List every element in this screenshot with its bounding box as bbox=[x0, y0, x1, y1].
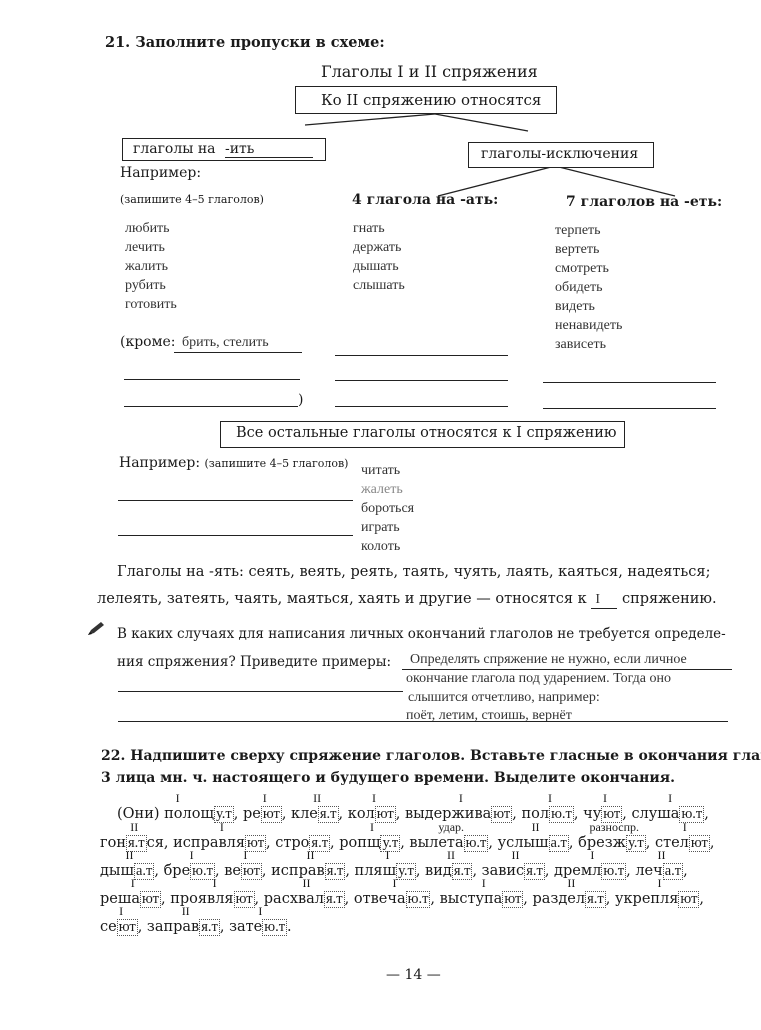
punctuation: ся, bbox=[147, 835, 169, 851]
conjugation-mark[interactable]: I bbox=[176, 792, 180, 804]
verb-item: слушаю.т,I bbox=[631, 806, 708, 823]
it-verbs-box: глаголы на -ить bbox=[122, 138, 326, 161]
verb-stem: се bbox=[100, 919, 117, 935]
verb-ending[interactable]: я.т bbox=[318, 806, 339, 823]
verb-stem: укрепля bbox=[615, 891, 678, 907]
conjugation-mark[interactable]: I bbox=[668, 792, 672, 804]
verb-item: завися.т,II bbox=[482, 863, 550, 880]
punctuation: , bbox=[416, 863, 421, 879]
conjugation-mark[interactable]: I bbox=[603, 792, 607, 804]
et-verbs-header: 7 глаголов на -еть: bbox=[566, 194, 722, 210]
verb-stem: услыш bbox=[498, 835, 549, 851]
conjugation-mark[interactable]: II bbox=[532, 821, 540, 833]
verb-stem: гон bbox=[100, 835, 126, 851]
answer-line[interactable] bbox=[174, 352, 302, 353]
verb-item: сеют,I bbox=[100, 919, 142, 936]
answer-line[interactable] bbox=[118, 535, 353, 536]
i-write-hint: (запишите 4–5 глаголов) bbox=[205, 457, 349, 470]
conjugation-mark[interactable]: II bbox=[125, 849, 133, 861]
verb-item: дремлю.т,I bbox=[554, 863, 631, 880]
verb-item: строя.т, bbox=[275, 835, 334, 852]
list-item: колоть bbox=[361, 537, 414, 556]
list-item: бороться bbox=[361, 499, 414, 518]
i-example-label: Например: (запишите 4–5 глаголов) bbox=[119, 455, 348, 471]
list-item: читать bbox=[361, 461, 414, 480]
verb-ending[interactable]: у.т bbox=[396, 863, 416, 880]
exceptions-box: глаголы-исключения bbox=[468, 142, 654, 168]
verb-item: услыша.т,II bbox=[498, 835, 574, 852]
conjugation-mark[interactable]: I bbox=[459, 792, 463, 804]
verb-ending[interactable]: ю.т bbox=[601, 863, 626, 880]
verb-item: затею.т.I bbox=[229, 919, 292, 936]
conjugation-mark[interactable]: I bbox=[385, 849, 389, 861]
conjugation-mark[interactable]: II bbox=[447, 849, 455, 861]
verb-stem: ве bbox=[224, 863, 241, 879]
verb-item: леча.т,II bbox=[635, 863, 687, 880]
verb-item: исправя.т,II bbox=[271, 863, 350, 880]
punctuation: , bbox=[430, 891, 435, 907]
list-item: играть bbox=[361, 518, 414, 537]
verb-item: реют,I bbox=[243, 806, 286, 823]
write-hint: (запишите 4–5 глаголов) bbox=[120, 193, 264, 206]
verb-stem: пляш bbox=[355, 863, 397, 879]
verb-row: сеют,I заправя.т,II затею.т.I bbox=[100, 919, 292, 936]
verb-ending[interactable]: ют bbox=[245, 835, 266, 852]
conjugation-mark[interactable]: I bbox=[482, 877, 486, 889]
punctuation: , bbox=[345, 891, 350, 907]
list-item: зависеть bbox=[555, 335, 622, 354]
list-item: смотреть bbox=[555, 259, 622, 278]
list-item: лечить bbox=[125, 238, 177, 257]
punctuation: , bbox=[234, 806, 239, 822]
punctuation: , bbox=[626, 863, 631, 879]
verb-item: решают,I bbox=[100, 891, 166, 908]
conjugation-mark[interactable]: II bbox=[512, 849, 520, 861]
verb-item: отвечаю.т,I bbox=[354, 891, 435, 908]
list-item: жалеть bbox=[361, 480, 414, 499]
answer-line[interactable] bbox=[118, 721, 728, 722]
at-verbs-header: 4 глагола на -ать: bbox=[352, 192, 498, 208]
verb-ending[interactable]: ю.т bbox=[262, 919, 287, 936]
verb-note: удар. bbox=[438, 821, 464, 833]
verb-item: укрепляют,I bbox=[615, 891, 704, 908]
punctuation: , bbox=[396, 806, 401, 822]
verb-row: решают,I проявляют,I расхваля.т,II отвеч… bbox=[100, 891, 704, 908]
punctuation: , bbox=[569, 835, 574, 851]
verb-stem: бре bbox=[164, 863, 191, 879]
verb-ending[interactable]: ют bbox=[261, 806, 282, 823]
list-item: вертеть bbox=[555, 240, 622, 259]
verb-item: выступают,I bbox=[440, 891, 528, 908]
i-conjugation-label: Все остальные глаголы относятся к I спря… bbox=[236, 425, 617, 441]
answer-text-line3[interactable]: слышится отчетливо, например: bbox=[408, 690, 600, 706]
verb-stem: завис bbox=[482, 863, 525, 879]
conjugation-mark[interactable]: I bbox=[190, 849, 194, 861]
punctuation: , bbox=[282, 806, 287, 822]
conjugation-mark[interactable]: I bbox=[590, 849, 594, 861]
list-item: дышать bbox=[353, 257, 405, 276]
conjugation-mark[interactable]: II bbox=[313, 792, 321, 804]
list-item: слышать bbox=[353, 276, 405, 295]
at-examples-list: гнать держать дышать слышать bbox=[353, 219, 405, 295]
verb-item: клея.т,II bbox=[291, 806, 343, 823]
conjugation-mark[interactable]: II bbox=[658, 849, 666, 861]
it-verbs-label: глаголы на bbox=[133, 141, 216, 157]
verb-ending[interactable]: ют bbox=[117, 919, 138, 936]
list-item: рубить bbox=[125, 276, 177, 295]
punctuation: , bbox=[488, 835, 493, 851]
verb-stem: стро bbox=[275, 835, 309, 851]
list-item: жалить bbox=[125, 257, 177, 276]
answer-line[interactable] bbox=[124, 379, 300, 380]
answer-line[interactable] bbox=[335, 380, 508, 381]
verb-stem: кле bbox=[291, 806, 318, 822]
verb-ending[interactable]: я.т bbox=[325, 863, 346, 880]
conjugation-mark[interactable]: I bbox=[131, 877, 135, 889]
verb-ending[interactable]: ют bbox=[241, 863, 262, 880]
verb-ending[interactable]: ю.т bbox=[549, 806, 574, 823]
conjugation-mark[interactable]: I bbox=[683, 821, 687, 833]
answer-line[interactable] bbox=[335, 355, 508, 356]
verb-item: заправя.т,II bbox=[147, 919, 225, 936]
page-number: — 14 — bbox=[386, 967, 441, 983]
verb-item: расхваля.т,II bbox=[264, 891, 350, 908]
punctuation: , bbox=[345, 863, 350, 879]
verb-stem: ре bbox=[243, 806, 261, 822]
verb-ending[interactable]: ют bbox=[678, 891, 699, 908]
verb-ending[interactable]: ю.т bbox=[190, 863, 215, 880]
conjugation-mark[interactable]: I bbox=[657, 877, 661, 889]
it-examples-list: любить лечить жалить рубить готовить bbox=[125, 219, 177, 314]
yat-verbs-line1: Глаголы на -ять: сеять, веять, реять, та… bbox=[117, 564, 710, 580]
answer-line[interactable] bbox=[543, 382, 716, 383]
verb-stem: отвеча bbox=[354, 891, 406, 907]
verb-ending[interactable]: я.т bbox=[452, 863, 473, 880]
answer-line[interactable] bbox=[335, 406, 508, 407]
conjugation-mark[interactable]: I bbox=[392, 877, 396, 889]
conjugation-mark[interactable]: I bbox=[263, 792, 267, 804]
verb-stem: расхвал bbox=[264, 891, 324, 907]
exercise-22-title-line2: 3 лица мн. ч. настоящего и будущего врем… bbox=[101, 770, 675, 786]
verb-stem: брезж bbox=[578, 835, 626, 851]
verb-ending[interactable]: ют bbox=[689, 835, 710, 852]
verb-item: гоня.тся,II bbox=[100, 835, 169, 852]
answer-line[interactable] bbox=[118, 500, 353, 501]
verb-stem: раздел bbox=[533, 891, 586, 907]
answer-line[interactable] bbox=[118, 691, 403, 692]
conjugation-mark[interactable]: I bbox=[220, 821, 224, 833]
punctuation: , bbox=[704, 806, 709, 822]
verb-item: видя.т,II bbox=[425, 863, 477, 880]
verb-item: дыша.т,II bbox=[100, 863, 159, 880]
answer-line[interactable] bbox=[543, 408, 716, 409]
punctuation: , bbox=[138, 919, 143, 935]
pencil-icon bbox=[86, 621, 106, 637]
punctuation: , bbox=[523, 891, 528, 907]
verb-ending[interactable]: а.т bbox=[663, 863, 683, 880]
verb-ending[interactable]: я.т bbox=[585, 891, 606, 908]
verb-ending[interactable]: я.т bbox=[199, 919, 220, 936]
verb-stem: дыш bbox=[100, 863, 134, 879]
list-item: держать bbox=[353, 238, 405, 257]
verb-item: ропщу.т,I bbox=[339, 835, 405, 852]
verb-ending[interactable]: ют bbox=[140, 891, 161, 908]
verb-ending[interactable]: ют bbox=[491, 806, 512, 823]
verb-stem: вылета bbox=[409, 835, 463, 851]
conjugation-mark[interactable]: I bbox=[119, 905, 123, 917]
punctuation: , bbox=[161, 891, 166, 907]
verb-item: исправляют,I bbox=[173, 835, 271, 852]
answer-line[interactable] bbox=[402, 669, 732, 670]
conjugation-mark[interactable]: II bbox=[182, 905, 190, 917]
punctuation: , bbox=[545, 863, 550, 879]
conjugation-mark[interactable]: I bbox=[258, 905, 262, 917]
verb-ending[interactable]: ю.т bbox=[464, 835, 489, 852]
exceptions-label: глаголы-исключения bbox=[481, 146, 638, 162]
list-item: ненавидеть bbox=[555, 316, 622, 335]
punctuation: , bbox=[339, 806, 344, 822]
verb-ending[interactable]: я.т bbox=[524, 863, 545, 880]
except-answer[interactable]: брить, стелить bbox=[182, 335, 269, 351]
punctuation: , bbox=[512, 806, 517, 822]
verb-stem: исправ bbox=[271, 863, 325, 879]
list-item: обидеть bbox=[555, 278, 622, 297]
punctuation: , bbox=[262, 863, 267, 879]
punctuation: , bbox=[683, 863, 688, 879]
punctuation: , bbox=[220, 919, 225, 935]
punctuation: , bbox=[154, 863, 159, 879]
et-examples-list: терпеть вертеть смотреть обидеть видеть … bbox=[555, 221, 622, 354]
list-item: видеть bbox=[555, 297, 622, 316]
answer-text-line1[interactable]: Определять спряжение не нужно, если личн… bbox=[410, 652, 687, 668]
verb-item: колют,I bbox=[348, 806, 401, 823]
conjugation-mark[interactable]: II bbox=[307, 849, 315, 861]
conjugation-mark[interactable]: II bbox=[130, 821, 138, 833]
yat-verbs-line2: лелеять, затеять, чаять, маяться, хаять … bbox=[97, 591, 717, 609]
yat-answer[interactable]: I bbox=[591, 592, 617, 609]
example-label: Например: bbox=[120, 165, 201, 181]
verb-stem: исправля bbox=[173, 835, 245, 851]
conjugation-mark[interactable]: I bbox=[370, 821, 374, 833]
list-item: любить bbox=[125, 219, 177, 238]
verb-note: разноспр. bbox=[589, 821, 639, 833]
conjugation-mark[interactable]: II bbox=[567, 877, 575, 889]
punctuation: , bbox=[330, 835, 335, 851]
exercise-22-title-line1: 22. Надпишите сверху спряжение глаголов.… bbox=[101, 748, 761, 764]
punctuation: , bbox=[266, 835, 271, 851]
verb-stem: зате bbox=[229, 919, 262, 935]
conjugation-mark[interactable]: I bbox=[243, 849, 247, 861]
punctuation: , bbox=[574, 806, 579, 822]
conjugation-mark[interactable]: I bbox=[372, 792, 376, 804]
punctuation: . bbox=[287, 919, 292, 935]
verb-stem: заправ bbox=[147, 919, 199, 935]
it-verbs-answer[interactable]: -ить bbox=[225, 141, 313, 158]
conjugation-mark[interactable]: I bbox=[213, 877, 217, 889]
answer-text-line2[interactable]: окончание глагола под ударением. Тогда о… bbox=[406, 671, 671, 687]
verb-stem: ропщ bbox=[339, 835, 380, 851]
verb-ending[interactable]: у.т bbox=[380, 835, 400, 852]
conjugation-mark[interactable]: I bbox=[548, 792, 552, 804]
list-item: гнать bbox=[353, 219, 405, 238]
answer-line[interactable] bbox=[124, 406, 298, 407]
punctuation: , bbox=[710, 835, 715, 851]
conjugation-mark[interactable]: II bbox=[303, 877, 311, 889]
question-line2: ния спряжения? Приведите примеры: bbox=[117, 654, 391, 670]
punctuation: , bbox=[699, 891, 704, 907]
verb-stem: проявля bbox=[170, 891, 233, 907]
verb-stem: выступа bbox=[440, 891, 503, 907]
close-paren: ) bbox=[298, 392, 303, 408]
verb-stem: дремл bbox=[554, 863, 601, 879]
except-label: (кроме: bbox=[120, 334, 176, 350]
verb-ending[interactable]: у.т bbox=[626, 835, 646, 852]
verb-ending[interactable]: а.т bbox=[549, 835, 569, 852]
i-conjugation-box: Все остальные глаголы относятся к I спря… bbox=[220, 421, 625, 448]
list-item: терпеть bbox=[555, 221, 622, 240]
i-examples-list: читать жалеть бороться играть колоть bbox=[361, 461, 414, 556]
verb-ending[interactable]: ют bbox=[234, 891, 255, 908]
verb-item: пляшу.т,I bbox=[355, 863, 421, 880]
list-item: готовить bbox=[125, 295, 177, 314]
verb-item: брезжу.т,разноспр. bbox=[578, 835, 650, 852]
verb-item: разделя.т,II bbox=[533, 891, 611, 908]
verb-item: брею.т,I bbox=[164, 863, 220, 880]
verb-item: веют,I bbox=[224, 863, 266, 880]
punctuation: , bbox=[606, 891, 611, 907]
verb-item: полю.т,I bbox=[521, 806, 578, 823]
punctuation: , bbox=[472, 863, 477, 879]
verb-ending[interactable]: ют bbox=[502, 891, 523, 908]
punctuation: , bbox=[646, 835, 651, 851]
verb-ending[interactable]: а.т bbox=[134, 863, 154, 880]
question-line1: В каких случаях для написания личных око… bbox=[117, 626, 726, 642]
verb-ending[interactable]: ю.т bbox=[406, 891, 431, 908]
punctuation: , bbox=[400, 835, 405, 851]
verb-ending[interactable]: я.т bbox=[324, 891, 345, 908]
verb-stem: вид bbox=[425, 863, 452, 879]
verb-ending[interactable]: ют bbox=[375, 806, 396, 823]
